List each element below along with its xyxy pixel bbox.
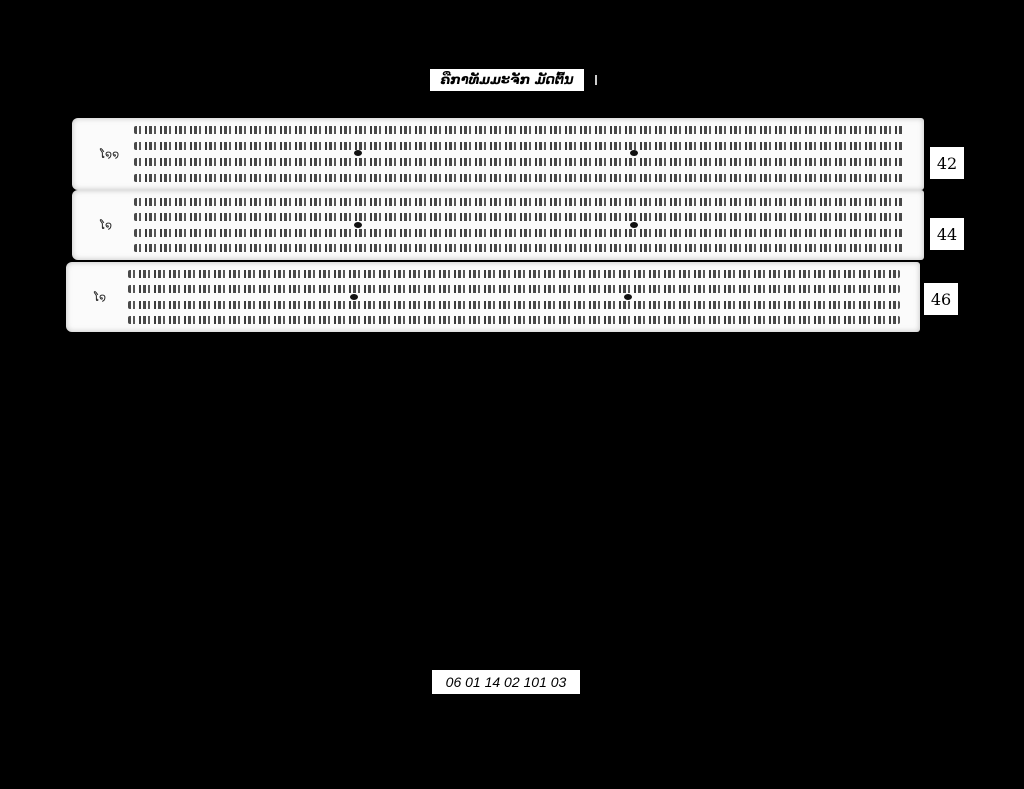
page-number-text: 46 [931,290,951,309]
script-line [134,126,904,134]
script-line [134,158,904,166]
catalog-number-label: 06 01 14 02 101 03 [432,670,580,694]
binding-hole [354,150,362,156]
script-lines [128,266,900,328]
script-line [134,229,904,237]
page-number-label: 46 [924,283,958,315]
page-number-text: 42 [937,154,957,173]
binding-hole [624,294,632,300]
binding-hole [354,222,362,228]
catalog-number-text: 06 01 14 02 101 03 [446,674,567,690]
page-number-label: 44 [930,218,964,250]
script-line [134,174,904,182]
palm-leaf-3: ໂ໑ [66,262,920,332]
script-line [134,213,904,221]
scan-mark [595,75,597,85]
script-lines [134,122,904,186]
palm-leaf-1: ໂ໑໑ [72,118,924,190]
manuscript-title-label: ຄືກາທັມມະຈັກ ມັດຕົ້ນ [430,69,584,91]
script-line [128,285,900,293]
manuscript-title-text: ຄືກາທັມມະຈັກ ມັດຕົ້ນ [440,73,573,88]
script-line [128,316,900,324]
script-line [134,142,904,150]
page-number-label: 42 [930,147,964,179]
binding-hole [630,222,638,228]
script-line [134,198,904,206]
script-line [128,270,900,278]
page-number-text: 44 [937,225,957,244]
script-line [128,301,900,309]
binding-hole [630,150,638,156]
script-lines [134,194,904,256]
binding-hole [350,294,358,300]
script-line [134,244,904,252]
palm-leaf-2: ໂ໑ [72,190,924,260]
